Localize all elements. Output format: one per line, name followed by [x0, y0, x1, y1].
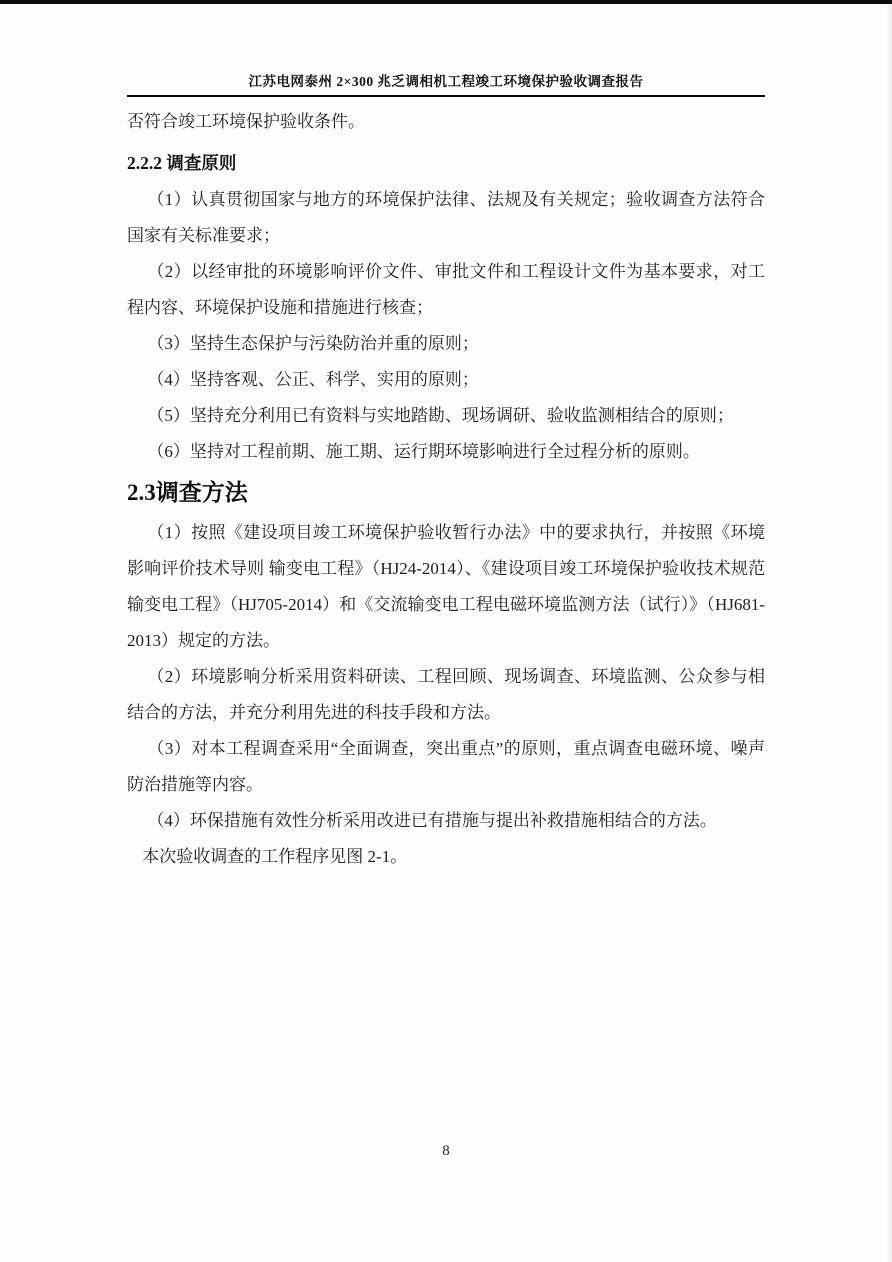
- page-footer: 8: [0, 1140, 892, 1162]
- method-item-2: （2）环境影响分析采用资料研读、工程回顾、现场调查、环境监测、公众参与相结合的方…: [127, 659, 765, 731]
- document-page: { "header": { "title": "江苏电网泰州 2×300 兆乏调…: [0, 0, 892, 1262]
- page-number: 8: [442, 1143, 450, 1159]
- page-body: 否符合竣工环境保护验收条件。 2.2.2 调查原则 （1）认真贯彻国家与地方的环…: [127, 97, 765, 875]
- figure-reference-line: 本次验收调查的工作程序见图 2-1。: [127, 839, 765, 875]
- principle-item-3: （3）坚持生态保护与污染防治并重的原则；: [127, 326, 765, 362]
- paragraph-intro-continuation: 否符合竣工环境保护验收条件。: [127, 104, 765, 140]
- method-item-4: （4）环保措施有效性分析采用改进已有措施与提出补救措施相结合的方法。: [127, 803, 765, 839]
- heading-2-3-survey-methods: 2.3调查方法: [127, 477, 765, 509]
- report-title: 江苏电网泰州 2×300 兆乏调相机工程竣工环境保护验收调查报告: [127, 72, 765, 92]
- scan-top-edge-artifact: [0, 0, 892, 4]
- scan-right-edge-artifact: [886, 0, 892, 1262]
- principle-item-2: （2）以经审批的环境影响评价文件、审批文件和工程设计文件为基本要求，对工程内容、…: [127, 254, 765, 326]
- method-item-3: （3）对本工程调查采用“全面调查，突出重点”的原则，重点调查电磁环境、噪声防治措…: [127, 731, 765, 803]
- principle-item-1: （1）认真贯彻国家与地方的环境保护法律、法规及有关规定；验收调查方法符合国家有关…: [127, 182, 765, 254]
- principle-item-6: （6）坚持对工程前期、施工期、运行期环境影响进行全过程分析的原则。: [127, 434, 765, 470]
- running-header: 江苏电网泰州 2×300 兆乏调相机工程竣工环境保护验收调查报告: [127, 0, 765, 97]
- method-item-1: （1）按照《建设项目竣工环境保护验收暂行办法》中的要求执行，并按照《环境影响评价…: [127, 515, 765, 659]
- heading-2-2-2-survey-principles: 2.2.2 调查原则: [127, 149, 765, 177]
- principle-item-5: （5）坚持充分利用已有资料与实地踏勘、现场调研、验收监测相结合的原则；: [127, 398, 765, 434]
- principle-item-4: （4）坚持客观、公正、科学、实用的原则；: [127, 362, 765, 398]
